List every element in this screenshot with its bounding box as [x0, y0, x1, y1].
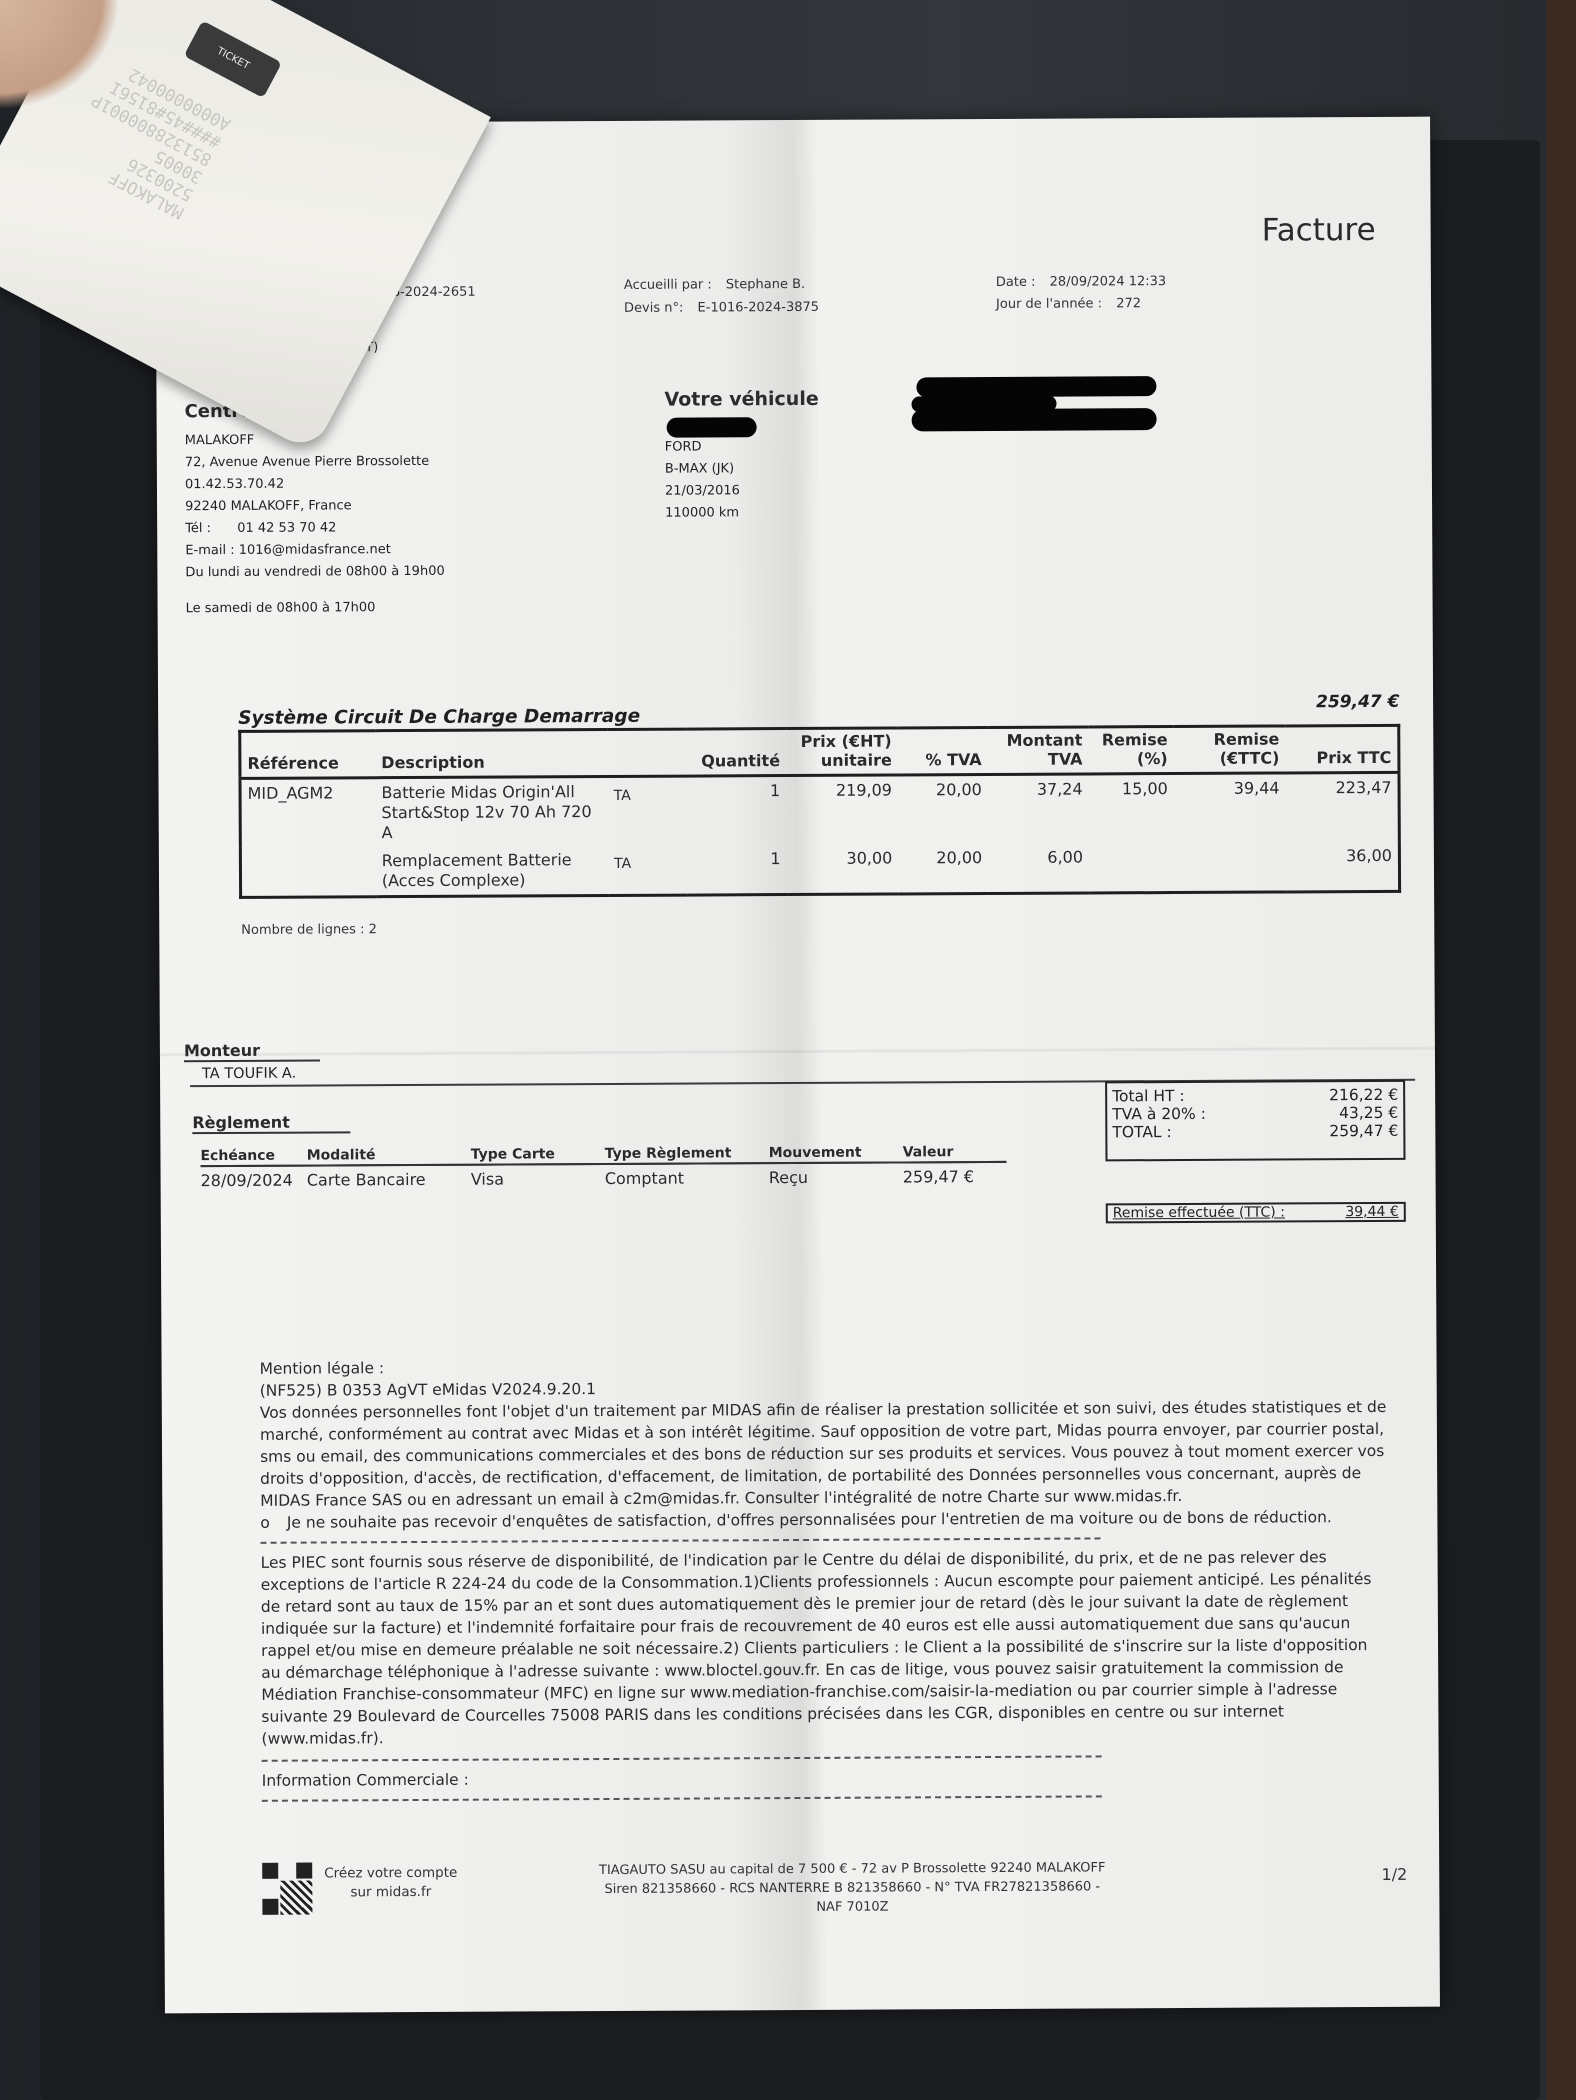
legal-privacy: Vos données personnelles font l'objet d'… [260, 1396, 1391, 1512]
dashed-divider [262, 1755, 1102, 1761]
center-hours-saturday: Le samedi de 08h00 à 17h00 [186, 597, 445, 620]
invoice-lines-table: Référence Description Quantité Prix (€HT… [238, 724, 1401, 899]
devis-label: Devis n°: [624, 301, 683, 316]
row-code: TA [608, 776, 687, 846]
row-description: Remplacement Batterie (Acces Complexe) [376, 846, 609, 897]
create-account-cta: Créez votre compte sur midas.fr [324, 1864, 457, 1903]
paper-fold [160, 1047, 1435, 1057]
line-count: Nombre de lignes : 2 [241, 922, 377, 938]
section-title: Système Circuit De Charge Demarrage [238, 706, 640, 729]
payment-modalite: Carte Bancaire [307, 1165, 471, 1190]
remise-value: 39,44 € [1345, 1204, 1399, 1220]
vehicle-make: FORD [665, 436, 819, 459]
row-tva-pct: 20,00 [898, 844, 988, 894]
col-valeur: Valeur [903, 1144, 1007, 1163]
vehicle-title: Votre véhicule [664, 388, 818, 411]
total-value: 259,47 € [1329, 1122, 1398, 1140]
col-quantity: Quantité [686, 729, 786, 777]
row-reference [240, 847, 376, 897]
row-price-ttc: 223,47 [1285, 772, 1399, 842]
center-tel-value: 01 42 53 70 42 [237, 520, 336, 536]
optout-text: Je ne souhaite pas recevoir d'enquêtes d… [287, 1508, 1332, 1531]
company-info: TIAGAUTO SASU au capital de 7 500 € - 72… [592, 1858, 1112, 1918]
vehicle-model: B-MAX (JK) [665, 458, 819, 481]
row-quantity: 1 [687, 845, 787, 895]
col-echeance: Echéance [200, 1148, 306, 1167]
col-discount-pct: Remise (%) [1088, 727, 1173, 774]
row-discount-pct [1089, 843, 1174, 893]
row-unit-price: 219,09 [786, 775, 898, 845]
row-discount-ttc [1174, 842, 1286, 892]
accueilli-par-value: Stephane B. [726, 277, 805, 292]
center-tel: Tél : 01 42 53 70 42 [185, 517, 444, 540]
date-value: 28/09/2024 12:33 [1050, 274, 1167, 290]
page-footer: Créez votre compte sur midas.fr TIAGAUTO… [262, 1857, 1412, 1933]
row-description: Batterie Midas Origin'All Start&Stop 12v… [375, 776, 608, 847]
total-ht-row: Total HT : 216,22 € [1112, 1086, 1398, 1105]
col-type-carte: Type Carte [471, 1146, 605, 1165]
center-email-value: 1016@midasfrance.net [239, 542, 391, 558]
tva-row: TVA à 20% : 43,25 € [1112, 1104, 1398, 1123]
table-header-row: Référence Description Quantité Prix (€HT… [240, 725, 1399, 778]
col-code [607, 729, 686, 776]
row-discount-pct: 15,00 [1089, 774, 1175, 844]
devis-value: E-1016-2024-3875 [697, 300, 819, 316]
dashed-divider [262, 1795, 1102, 1801]
col-tva-amount: Montant TVA [987, 727, 1088, 775]
row-code: TA [608, 846, 687, 896]
payment-type-carte: Visa [471, 1164, 605, 1189]
payment-valeur: 259,47 € [903, 1162, 1007, 1187]
total-label: TOTAL : [1112, 1123, 1171, 1141]
center-phone-dotted: 01.42.53.70.42 [185, 473, 444, 496]
payment-row: 28/09/2024 Carte Bancaire Visa Comptant … [201, 1162, 1007, 1190]
remise-label: Remise effectuée (TTC) : [1113, 1204, 1285, 1221]
customer-redaction-1 [916, 376, 1156, 397]
row-unit-price: 30,00 [786, 844, 898, 894]
row-reference: MID_AGM2 [240, 778, 376, 848]
center-email-label: E-mail : [185, 543, 234, 558]
row-tva-pct: 20,00 [898, 775, 988, 845]
row-price-ttc: 36,00 [1286, 842, 1400, 892]
reglement-section: Règlement [192, 1112, 350, 1134]
vehicle-date: 21/03/2016 [665, 480, 819, 503]
monteur-title: Monteur [184, 1041, 320, 1063]
company-line2: Siren 821358660 - RCS NANTERRE B 8213586… [592, 1877, 1112, 1918]
accueilli-par: Accueilli par : Stephane B. [624, 277, 805, 293]
day-of-year-value: 272 [1116, 296, 1141, 311]
payment-table: Echéance Modalité Type Carte Type Règlem… [200, 1144, 1006, 1190]
center-email: E-mail : 1016@midasfrance.net [185, 539, 444, 562]
monteur-section: Monteur TA TOUFIK A. [184, 1041, 320, 1087]
info-commerciale: Information Commerciale : [262, 1764, 1392, 1792]
customer-redaction-3 [912, 408, 1157, 431]
col-unit-price: Prix (€HT) unitaire [786, 728, 898, 776]
qr-code-icon[interactable] [262, 1863, 312, 1915]
table-row: MID_AGM2 Batterie Midas Origin'All Start… [240, 772, 1399, 848]
accueilli-par-label: Accueilli par : [624, 277, 712, 292]
col-reference: Référence [240, 731, 376, 779]
day-of-year-label: Jour de l'année : [996, 296, 1102, 312]
col-description: Description [375, 729, 608, 777]
finger [0, 0, 120, 110]
payment-mouvement: Reçu [769, 1162, 903, 1187]
center-tel-label: Tél : [185, 521, 211, 536]
wood-surface [1546, 0, 1576, 2100]
remise-box: Remise effectuée (TTC) : 39,44 € [1106, 1202, 1406, 1224]
center-address: 72, Avenue Avenue Pierre Brossolette [185, 451, 444, 474]
tva-value: 43,25 € [1339, 1104, 1398, 1122]
payment-echeance: 28/09/2024 [201, 1166, 307, 1191]
invoice-date: Date : 28/09/2024 12:33 [996, 274, 1166, 290]
day-of-year: Jour de l'année : 272 [996, 296, 1141, 312]
section-total: 259,47 € [1316, 692, 1399, 712]
cta-line2: sur midas.fr [324, 1883, 457, 1903]
row-tva-amount: 6,00 [988, 843, 1089, 893]
legal-section: Mention légale : (NF525) B 0353 AgVT eMi… [260, 1352, 1392, 1810]
tva-label: TVA à 20% : [1112, 1105, 1206, 1123]
date-label: Date : [996, 275, 1036, 290]
optout-checkbox[interactable]: o [260, 1514, 270, 1532]
col-discount-ttc: Remise (€TTC) [1173, 726, 1285, 774]
redaction-mark [667, 417, 757, 437]
reglement-title: Règlement [192, 1112, 350, 1134]
total-ht-value: 216,22 € [1329, 1086, 1398, 1104]
total-row: TOTAL : 259,47 € [1112, 1122, 1398, 1141]
legal-terms: Les PIEC sont fournis sous réserve de di… [261, 1546, 1392, 1750]
row-tva-amount: 37,24 [988, 774, 1089, 844]
invoice-page: Facture du document : F-1016-2024-2651 D… [155, 117, 1440, 2014]
row-quantity: 1 [687, 776, 787, 846]
center-hours-weekdays: Du lundi au vendredi de 08h00 à 19h00 [185, 561, 444, 584]
cta-line1: Créez votre compte [324, 1864, 457, 1884]
payment-type-reglement: Comptant [605, 1163, 769, 1188]
document-title: Facture [1262, 212, 1376, 249]
legal-optout: o Je ne souhaite pas recevoir d'enquêtes… [260, 1506, 1390, 1534]
dashed-divider [260, 1537, 1100, 1543]
col-price-ttc: Prix TTC [1285, 725, 1399, 773]
col-modalite: Modalité [307, 1147, 471, 1166]
vehicle-mileage: 110000 km [665, 502, 819, 525]
monteur-name: TA TOUFIK A. [202, 1061, 320, 1086]
col-type-reglement: Type Règlement [605, 1145, 769, 1164]
page-number: 1/2 [1381, 1865, 1407, 1884]
totals-box: Total HT : 216,22 € TVA à 20% : 43,25 € … [1105, 1080, 1405, 1162]
vehicle-info: Votre véhicule FORD B-MAX (JK) 21/03/201… [664, 388, 819, 525]
col-mouvement: Mouvement [769, 1144, 903, 1163]
total-ht-label: Total HT : [1112, 1087, 1184, 1105]
row-discount-ttc: 39,44 [1174, 773, 1286, 843]
devis-number: Devis n°: E-1016-2024-3875 [624, 300, 819, 316]
ticket-logo-icon: TICKET [184, 20, 282, 98]
table-row: Remplacement Batterie (Acces Complexe) T… [240, 842, 1399, 898]
center-postcode: 92240 MALAKOFF, France [185, 495, 444, 518]
col-tva-pct: % TVA [898, 728, 988, 775]
